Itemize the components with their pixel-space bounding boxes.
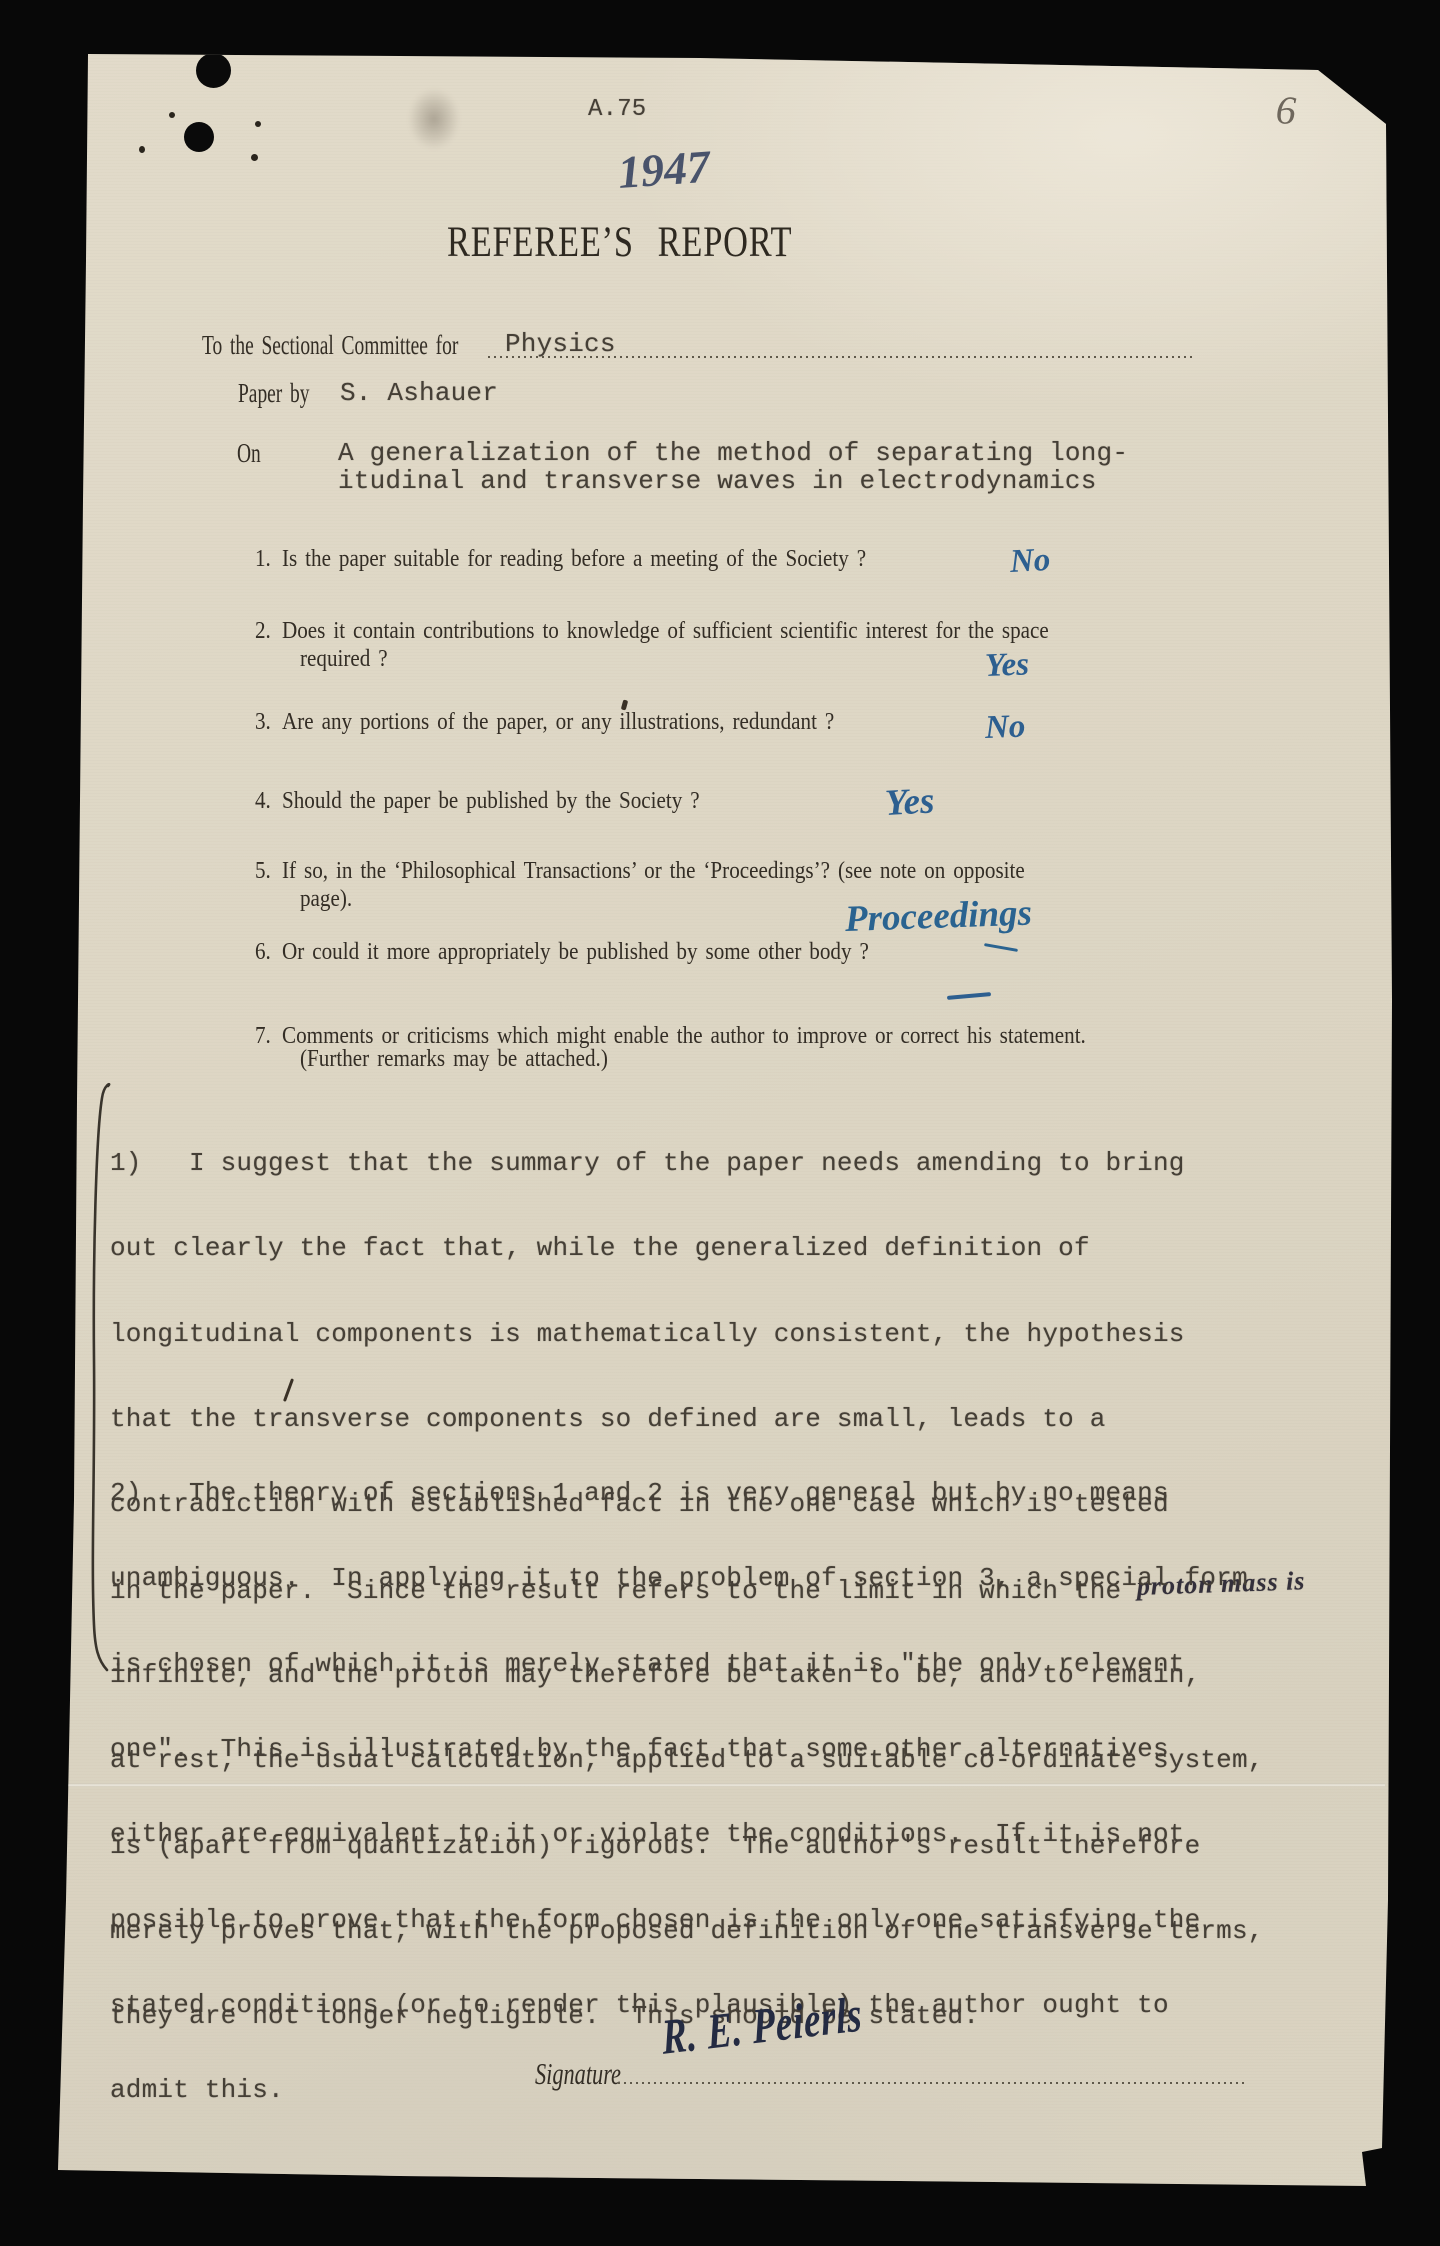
committee-label: To the Sectional Committee for <box>202 330 458 361</box>
typed-line: 2) The theory of sections 1 and 2 is ver… <box>110 1479 1248 1507</box>
pin-hole <box>139 146 145 153</box>
pin-hole <box>169 112 175 118</box>
typed-line: one". This is illustrated by the fact th… <box>110 1735 1248 1763</box>
question-1-number: 1. <box>255 546 271 573</box>
page-title: REFEREE’S REPORT <box>447 218 792 267</box>
question-3-answer-handwriting: No <box>984 709 1026 747</box>
typed-line: 1) I suggest that the summary of the pap… <box>110 1149 1306 1177</box>
punch-hole <box>196 53 231 88</box>
paper-title-line2: itudinal and transverse waves in electro… <box>338 466 1097 496</box>
punch-hole <box>184 122 214 152</box>
typed-line: longitudinal components is mathematicall… <box>110 1320 1306 1348</box>
paper-smudge <box>408 88 460 150</box>
signature-dotted-line <box>618 2082 1248 2084</box>
question-2-text: Does it contain contributions to knowled… <box>282 618 1049 645</box>
page-number-pencil: 6 <box>1275 86 1297 134</box>
paper-by-label: Paper by <box>238 378 309 409</box>
typed-line: unambiguous. In applying it to the probl… <box>110 1564 1248 1592</box>
pin-hole <box>251 154 258 161</box>
question-3-number: 3. <box>255 709 271 736</box>
answer-underline-flourish <box>984 943 1018 952</box>
question-7-number: 7. <box>255 1023 271 1050</box>
question-2-number: 2. <box>255 618 271 645</box>
question-1-text: Is the paper suitable for reading before… <box>282 546 866 573</box>
paper-by-value: S. Ashauer <box>340 378 498 408</box>
on-label: On <box>237 438 261 469</box>
question-2-text2: required ? <box>300 646 388 673</box>
typed-line: out clearly the fact that, while the gen… <box>110 1234 1306 1262</box>
question-4-text: Should the paper be published by the Soc… <box>282 788 700 815</box>
question-1-answer-handwriting: No <box>1009 542 1051 581</box>
question-4-number: 4. <box>255 788 271 815</box>
question-5-answer-handwriting: Proceedings <box>844 891 1032 941</box>
question-7-text2: (Further remarks may be attached.) <box>300 1046 608 1073</box>
question-3-text: Are any portions of the paper, or any il… <box>282 709 834 736</box>
paper-title-line1: A generalization of the method of separa… <box>338 438 1128 468</box>
question-5-text2: page). <box>300 886 352 913</box>
question-6-text: Or could it more appropriately be publis… <box>282 939 869 966</box>
signature-label: Signature <box>535 2056 621 2092</box>
question-5-number: 5. <box>255 858 271 885</box>
question-5-text: If so, in the ‘Philosophical Transaction… <box>282 858 1025 885</box>
form-number: A.75 <box>588 96 646 123</box>
question-6-number: 6. <box>255 939 271 966</box>
typed-line: either are equivalent to it or violate t… <box>110 1820 1248 1848</box>
pin-hole <box>255 121 261 127</box>
question-4-answer-handwriting: Yes <box>884 779 936 825</box>
question-2-answer-handwriting: Yes <box>984 646 1029 685</box>
year-annotation-handwriting: 1947 <box>616 140 711 199</box>
typed-line: admit this. <box>110 2076 1248 2104</box>
typed-line: is chosen of which it is merely stated t… <box>110 1650 1248 1678</box>
scanned-paper: A.75 1947 6 REFEREE’S REPORT To the Sect… <box>0 0 1440 2246</box>
typed-line: possible to prove that the form chosen i… <box>110 1906 1248 1934</box>
committee-value: Physics <box>505 329 616 359</box>
question-6-answer-dash <box>947 992 991 1000</box>
